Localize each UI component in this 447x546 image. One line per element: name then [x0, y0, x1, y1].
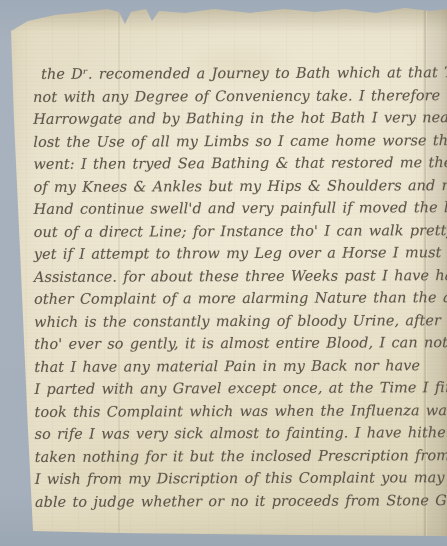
letter-line: which is the constantly making of bloody… [34, 310, 447, 334]
letter-line: other Complaint of a more alarming Natur… [34, 287, 447, 311]
letter-body: the Dʳ. recomended a Journey to Bath whi… [33, 62, 447, 514]
paper-sheet: the Dʳ. recomended a Journey to Bath whi… [0, 0, 447, 546]
letter-line: of my Knees & Ankles but my Hips & Shoul… [34, 175, 447, 199]
letter-line: Hand continue swell'd and very painfull … [34, 197, 447, 221]
letter-line: not with any Degree of Conveniency take.… [33, 85, 447, 109]
letter-line: went: I then tryed Sea Bathing & that re… [33, 152, 447, 176]
letter-line: that I have any material Pain in my Back… [34, 355, 447, 379]
letter-scan: the Dʳ. recomended a Journey to Bath whi… [0, 0, 447, 546]
letter-line: lost the Use of all my Limbs so I came h… [33, 130, 447, 154]
letter-line: the Dʳ. recomended a Journey to Bath whi… [33, 62, 447, 86]
letter-line: I parted with any Gravel except once, at… [34, 377, 447, 401]
letter-line: yet if I attempt to throw my Leg over a … [34, 242, 447, 266]
letter-line: taken nothing for it but the inclosed Pr… [35, 445, 447, 469]
letter-line: took this Complaint which was when the I… [34, 400, 447, 424]
letter-line: Assistance. for about these three Weeks … [34, 265, 447, 289]
torn-top-edge [0, 6, 447, 32]
letter-line: out of a direct Line; for Instance tho' … [34, 220, 447, 244]
letter-line: able to judge whether or no it proceeds … [35, 490, 447, 514]
letter-line: so rife I was very sick almost to fainti… [35, 422, 447, 446]
letter-line: tho' ever so gently, it is almost entire… [34, 332, 447, 356]
letter-line: I wish from my Discription of this Compl… [35, 467, 447, 491]
letter-line: Harrowgate and by Bathing in the hot Bat… [33, 107, 447, 131]
